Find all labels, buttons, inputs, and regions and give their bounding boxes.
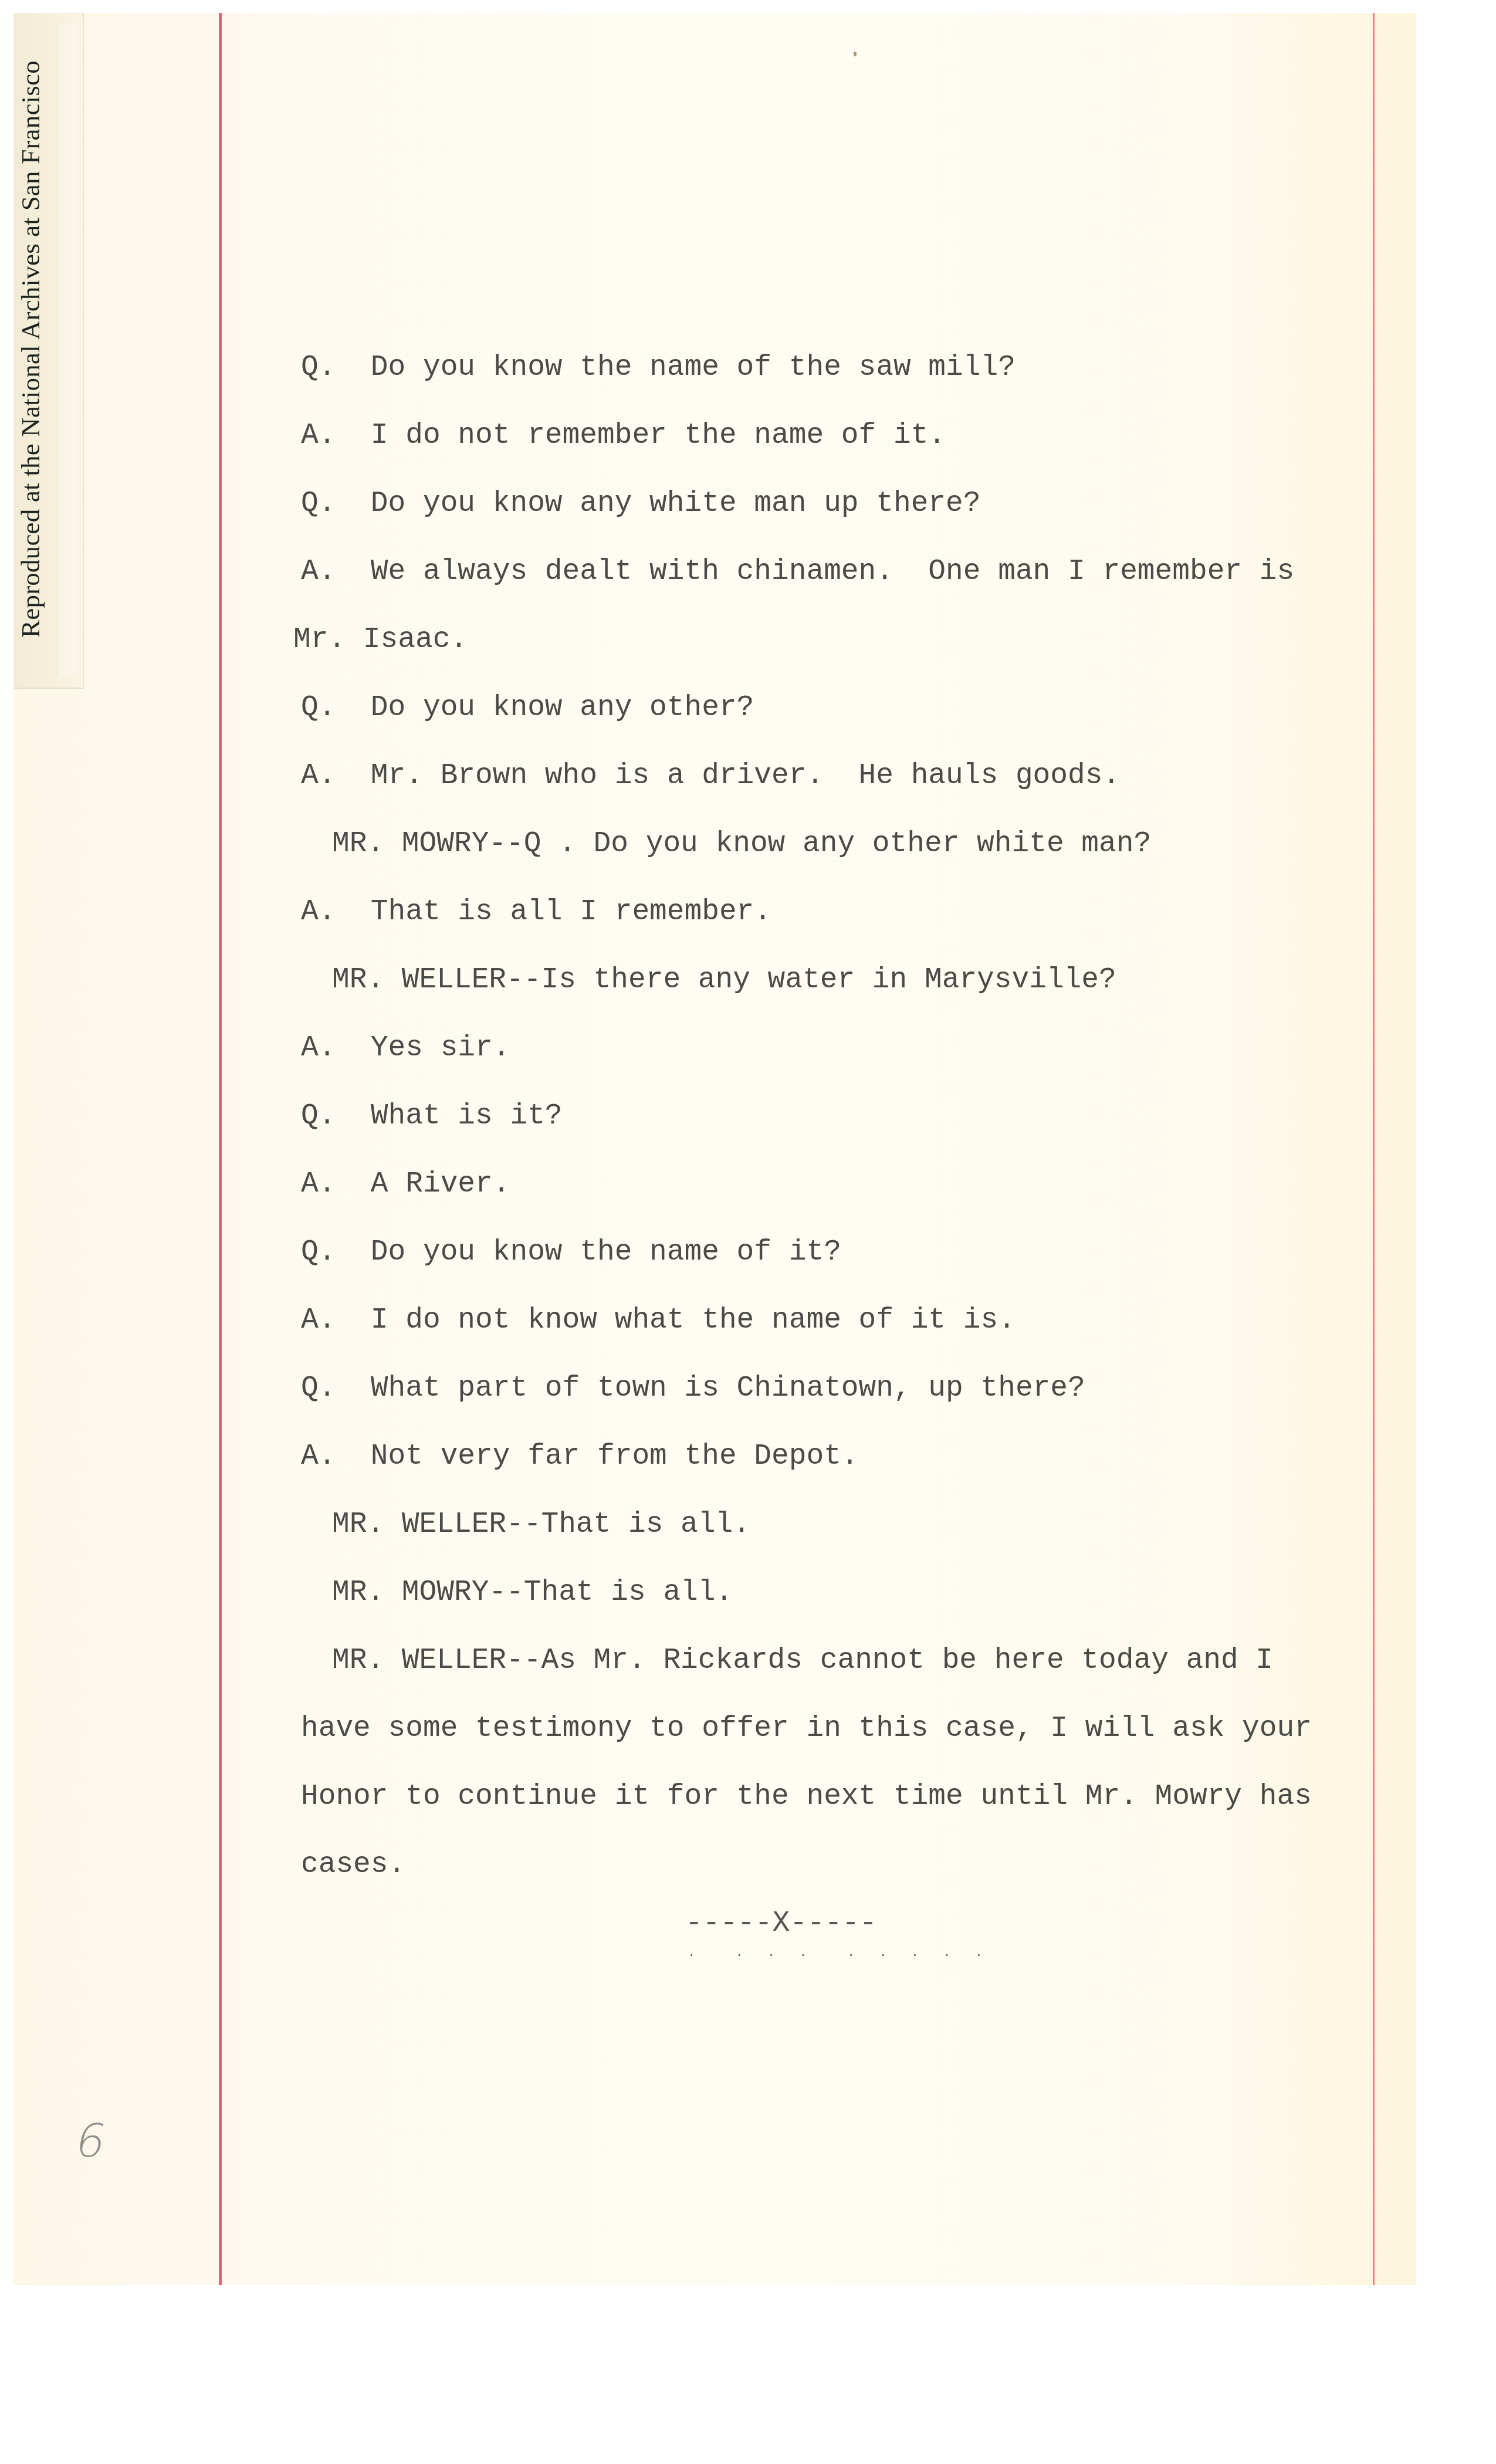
left-margin-rule — [219, 13, 222, 2285]
transcript-line-q: Q. Do you know the name of the saw mill? — [301, 353, 1016, 383]
right-margin-rule — [1373, 13, 1375, 2285]
transcript-line-a: A. A River. — [301, 1170, 510, 1199]
transcript-line-q: Q. Do you know any other? — [301, 693, 754, 723]
transcript-line-a: A. Yes sir. — [301, 1034, 510, 1063]
transcript-line-q: Q. What is it? — [301, 1102, 563, 1131]
paper-speck — [854, 52, 857, 56]
transcript-line-speaker: MR. WELLER--As Mr. Rickards cannot be he… — [332, 1646, 1273, 1676]
transcript-line-continuation: cases. — [301, 1850, 405, 1880]
transcript-line-a: A. Mr. Brown who is a driver. He hauls g… — [301, 761, 1120, 791]
transcript-line-q: Q. Do you know the name of it? — [301, 1238, 841, 1267]
transcript-line-a: A. We always dealt with chinamen. One ma… — [301, 557, 1294, 587]
separator-dots: . . . . . . . . . — [688, 1945, 991, 1960]
transcript-line-continuation: Mr. Isaac. — [293, 625, 468, 655]
transcript-line-continuation: have some testimony to offer in this cas… — [301, 1714, 1312, 1744]
archive-tab-tape — [57, 25, 76, 676]
transcript-line-speaker: MR. MOWRY--That is all. — [332, 1578, 733, 1607]
archive-stamp: Reproduced at the National Archives at S… — [15, 60, 46, 638]
transcript-line-continuation: Honor to continue it for the next time u… — [301, 1782, 1312, 1812]
transcript-line-a: A. Not very far from the Depot. — [301, 1442, 859, 1471]
transcript-line-q: Q. What part of town is Chinatown, up th… — [301, 1374, 1085, 1403]
transcript-line-speaker: MR. MOWRY--Q . Do you know any other whi… — [332, 830, 1151, 859]
transcript-line-a: A. That is all I remember. — [301, 898, 771, 927]
transcript-line-speaker: MR. WELLER--That is all. — [332, 1510, 750, 1539]
transcript-line-speaker: MR. WELLER--Is there any water in Marysv… — [332, 966, 1116, 995]
transcript-line-q: Q. Do you know any white man up there? — [301, 489, 981, 519]
section-separator: -----X----- — [685, 1909, 877, 1938]
transcript-line-a: A. I do not remember the name of it. — [301, 421, 946, 451]
transcript-line-a: A. I do not know what the name of it is. — [301, 1306, 1016, 1335]
